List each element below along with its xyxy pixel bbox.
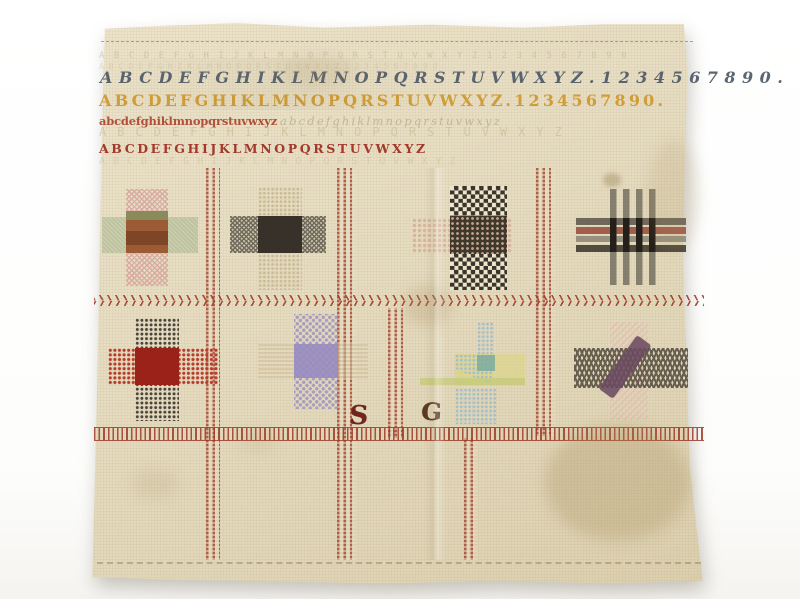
- monogram-letter-s: S: [348, 403, 369, 429]
- patch-top-arm: [477, 322, 494, 358]
- chevron-stitch-band: [94, 295, 704, 306]
- patch-accent-strip: [420, 378, 525, 385]
- top-hem-stitch-line: [101, 41, 693, 42]
- patch-center: [126, 211, 168, 253]
- photograph-of-darning-sampler: ABCDEFGHIJKLMNOPQRSTUVWXYZ1234567890 ABC…: [0, 0, 800, 599]
- patch-center: [294, 344, 338, 378]
- darning-patch-pink-sage: [100, 189, 200, 286]
- alphabet-row-faint-caps: ABCDEFGHIJKLMNOPQRSTUVWXYZ1234567890: [99, 51, 636, 61]
- darning-patch-checkerboard: [410, 186, 512, 290]
- patch-bottom-arm: [455, 388, 497, 424]
- red-stripe-column-middle-offset: [388, 308, 403, 438]
- monogram-letter-g: G: [420, 400, 442, 424]
- alphabet-row-orange-gothic: ABCDEFGHIKLMNOPQRSTUVWXYZ.1234567890.: [99, 91, 666, 110]
- red-stripe-column-lower: [464, 438, 477, 560]
- darning-patch-tan-charcoal: [228, 187, 328, 290]
- patch-center: [450, 216, 507, 254]
- darning-patch-tartan-plaid: [575, 189, 687, 285]
- bottom-hem-stitch-line: [97, 562, 701, 564]
- plaid-intersections: [610, 218, 656, 252]
- alphabet-row-red-caps: ABCDEFGHIJKLMNOPQRSTUVWXYZ: [99, 141, 428, 156]
- patch-center: [258, 216, 302, 253]
- patch-teal-block: [477, 355, 495, 371]
- darning-patch-black-red-dots: [106, 318, 218, 421]
- darning-patch-pink-herringbone: [572, 322, 690, 420]
- hash-stitch-band: [94, 427, 704, 441]
- darning-patch-lavender: [256, 314, 368, 409]
- alphabet-row-faint-caps-bottom: ABCDEFGHIJKLMNOPQRSTUVWXYZ: [99, 156, 464, 167]
- alphabet-row-blue-script: ABCDEFGHIKLMNOPQRSTUVWXYZ.1234567890.: [100, 68, 789, 87]
- alphabet-row-faint-outline-caps: ABCDEFGHIJKLMNOPQRSTUVWXYZ: [99, 125, 573, 139]
- patch-center: [135, 348, 179, 385]
